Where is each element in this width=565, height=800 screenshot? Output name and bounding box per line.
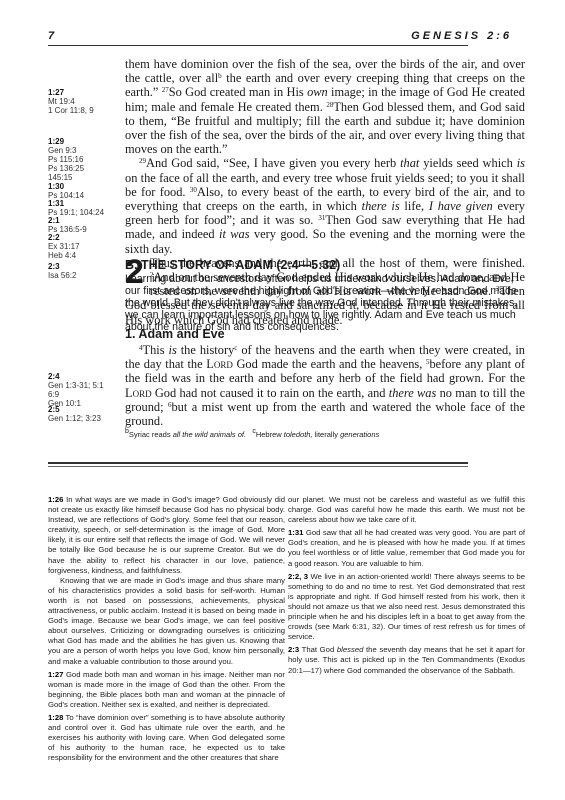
section-heading: B. THE STORY OF ADAM (2:4—5:32) bbox=[125, 258, 340, 272]
note-1-28-cont: our planet. We must not be careless and … bbox=[288, 495, 525, 525]
page-header: 7 GENESIS 2:6 bbox=[48, 30, 468, 44]
note-1-31: 1:31 God saw that all he had created was… bbox=[288, 528, 525, 568]
note-1-28: 1:28 To “have dominion over” something i… bbox=[48, 713, 285, 763]
running-head: GENESIS 2:6 bbox=[387, 30, 512, 42]
study-notes-column-left: 1:26 In what ways are we made in God's i… bbox=[48, 495, 285, 766]
footnotes: bSyriac reads all the wild animals of. c… bbox=[125, 430, 379, 439]
cross-ref-1-27: 1:27 Mt 19:4 1 Cor 11:8, 9 bbox=[48, 88, 94, 115]
notes-divider-bottom bbox=[48, 466, 468, 467]
section-intro: Learning about our ancestors often helps… bbox=[125, 273, 525, 333]
verse-block-1-29-31: 29And God said, “See, I have given you e… bbox=[125, 156, 525, 255]
study-notes-column-right: our planet. We must not be careless and … bbox=[288, 495, 525, 679]
note-2-2-3: 2:2, 3 We live in an action-oriented wor… bbox=[288, 572, 525, 643]
verse-block-1-26-28: them have dominion over the fish of the … bbox=[125, 57, 525, 156]
cross-ref-1-29: 1:29 Gen 9:3 Ps 115:16 Ps 136:25 145:15 bbox=[48, 137, 84, 182]
cross-ref-2-3: 2:3 Isa 56:2 bbox=[48, 262, 76, 280]
cross-ref-2-1: 2:1 Ps 136:5-9 bbox=[48, 216, 87, 234]
note-1-27: 1:27 God made both man and woman in his … bbox=[48, 670, 285, 710]
cross-ref-2-4: 2:4 Gen 1:3-31; 5:1 6:9 Gen 10:1 bbox=[48, 372, 104, 408]
cross-ref-2-2: 2:2 Ex 31:17 Heb 4:4 bbox=[48, 233, 80, 260]
note-1-26: 1:26 In what ways are we made in God's i… bbox=[48, 495, 285, 576]
subsection-heading: 1. Adam and Eve bbox=[125, 327, 225, 341]
notes-divider-top bbox=[48, 462, 468, 464]
scripture-genesis-2-4-6: 4This is the historyc of the heavens and… bbox=[125, 343, 525, 428]
cross-ref-1-31: 1:31 Ps 19:1; 104:24 bbox=[48, 199, 104, 217]
cross-ref-1-30: 1:30 Ps 104:14 bbox=[48, 182, 84, 200]
header-rule bbox=[48, 45, 468, 46]
note-2-3: 2:3 That God blessed the seventh day mea… bbox=[288, 645, 525, 675]
cross-ref-2-5: 2:5 Gen 1:12; 3:23 bbox=[48, 405, 101, 423]
page-number: 7 bbox=[48, 30, 54, 42]
